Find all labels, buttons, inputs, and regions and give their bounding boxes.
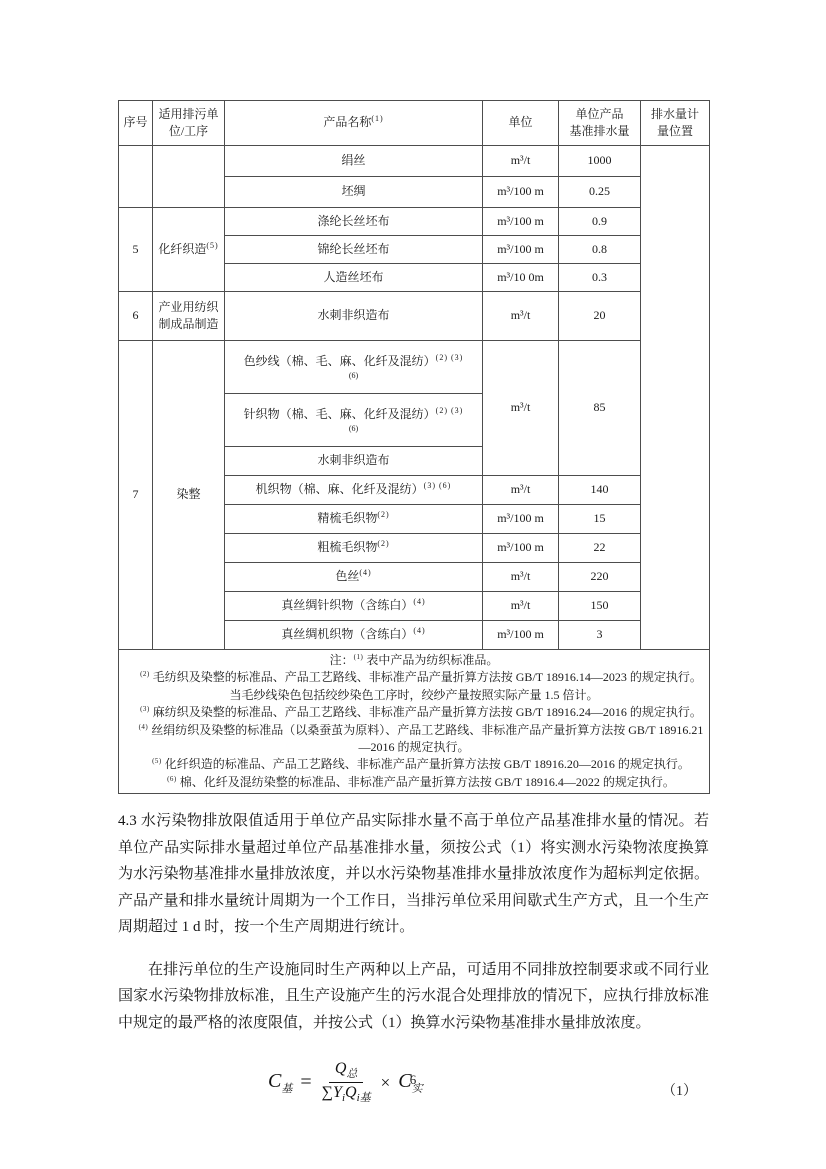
unit-cell: m³/t [483, 341, 559, 476]
unit-cell: m³/100 m [483, 236, 559, 264]
value-cell: 22 [559, 534, 641, 563]
value-cell: 0.3 [559, 264, 641, 292]
table-note: 注：(1) 表中产品为纺织标准品。 [122, 652, 706, 669]
product-cell: 精梳毛织物(2) [225, 505, 483, 534]
value-cell: 3 [559, 621, 641, 650]
header-baseline: 单位产品 基准排水量 [559, 101, 641, 146]
header-product: 产品名称(1) [225, 101, 483, 146]
paragraph-mixed-discharge: 在排污单位的生产设施同时生产两种以上产品，可适用不同排放控制要求或不同行业国家水… [118, 957, 709, 1037]
table-header-row: 序号 适用排污单 位/工序 产品名称(1) 单位 单位产品 基准排水量 排水量计 [119, 101, 710, 146]
value-cell: 85 [559, 341, 641, 476]
value-cell: 140 [559, 476, 641, 505]
product-cell: 色丝(4) [225, 563, 483, 592]
value-cell: 0.9 [559, 208, 641, 236]
seq-cell-6: 6 [119, 292, 153, 341]
unit-process-cell-continued [153, 146, 225, 208]
value-cell: 0.8 [559, 236, 641, 264]
table-note: (5) 化纤织造的标准品、产品工艺路线、非标准产品产量折算方法按 GB/T 18… [122, 756, 706, 773]
value-cell: 220 [559, 563, 641, 592]
product-cell: 真丝绸机织物（含练白）(4) [225, 621, 483, 650]
table-note: (4) 丝绢纺织及染整的标准品（以桑蚕茧为原料）、产品工艺路线、非标准产品产量折… [122, 722, 706, 757]
unit-cell: m³/t [483, 476, 559, 505]
product-cell: 色纱线（棉、毛、麻、化纤及混纺）(2) (3)(6) [225, 341, 483, 394]
table-notes: 注：(1) 表中产品为纺织标准品。 (2) 毛纺织及染整的标准品、产品工艺路线、… [119, 650, 710, 794]
unit-cell: m³/t [483, 292, 559, 341]
product-cell: 坯绸 [225, 177, 483, 208]
product-cell: 绢丝 [225, 146, 483, 177]
product-cell: 针织物（棉、毛、麻、化纤及混纺）(2) (3)(6) [225, 394, 483, 447]
product-cell: 水刺非织造布 [225, 447, 483, 476]
product-cell: 真丝绸针织物（含练白）(4) [225, 592, 483, 621]
header-unit-process: 适用排污单 位/工序 [153, 101, 225, 146]
page-content: 序号 适用排污单 位/工序 产品名称(1) 单位 单位产品 基准排水量 排水量计 [118, 100, 709, 1116]
unit-cell: m³/t [483, 146, 559, 177]
unit-process-cell-6: 产业用纺织制成品制造 [153, 292, 225, 341]
unit-cell: m³/100 m [483, 621, 559, 650]
table-notes-row: 注：(1) 表中产品为纺织标准品。 (2) 毛纺织及染整的标准品、产品工艺路线、… [119, 650, 710, 794]
product-cell: 人造丝坯布 [225, 264, 483, 292]
header-product-footnote: (1) [371, 114, 383, 123]
location-cell [641, 146, 710, 650]
emission-limit-table: 序号 适用排污单 位/工序 产品名称(1) 单位 单位产品 基准排水量 排水量计 [118, 100, 710, 794]
table-note: (3) 麻纺织及染整的标准品、产品工艺路线、非标准产品产量折算方法按 GB/T … [122, 704, 706, 721]
unit-cell: m³/t [483, 563, 559, 592]
product-cell: 水刺非织造布 [225, 292, 483, 341]
value-cell: 15 [559, 505, 641, 534]
table-row: 7 染整 色纱线（棉、毛、麻、化纤及混纺）(2) (3)(6) m³/t 85 [119, 341, 710, 394]
unit-cell: m³/100 m [483, 208, 559, 236]
table-row: 5 化纤织造(5) 涤纶长丝坯布 m³/100 m 0.9 [119, 208, 710, 236]
product-cell: 涤纶长丝坯布 [225, 208, 483, 236]
unit-cell: m³/100 m [483, 505, 559, 534]
seq-cell-continued [119, 146, 153, 208]
seq-cell-5: 5 [119, 208, 153, 292]
table-row: 绢丝 m³/t 1000 [119, 146, 710, 177]
table-note: (2) 毛纺织及染整的标准品、产品工艺路线、非标准产品产量折算方法按 GB/T … [122, 669, 706, 704]
value-cell: 20 [559, 292, 641, 341]
page-number: 6 [0, 1072, 826, 1088]
value-cell: 1000 [559, 146, 641, 177]
table-row: 6 产业用纺织制成品制造 水刺非织造布 m³/t 20 [119, 292, 710, 341]
unit-cell: m³/10 0m [483, 264, 559, 292]
header-seq: 序号 [119, 101, 153, 146]
seq-cell-7: 7 [119, 341, 153, 650]
product-cell: 锦纶长丝坯布 [225, 236, 483, 264]
unit-process-cell-7: 染整 [153, 341, 225, 650]
paragraph-4-3: 4.3 水污染物排放限值适用于单位产品实际排水量不高于单位产品基准排水量的情况。… [118, 808, 709, 941]
value-cell: 0.25 [559, 177, 641, 208]
table-note: (6) 棉、化纤及混纺染整的标准品、非标准产品产量折算方法按 GB/T 1891… [122, 774, 706, 791]
unit-cell: m³/100 m [483, 534, 559, 563]
unit-cell: m³/100 m [483, 177, 559, 208]
header-unit: 单位 [483, 101, 559, 146]
product-cell: 粗梳毛织物(2) [225, 534, 483, 563]
unit-cell: m³/t [483, 592, 559, 621]
document-page: 序号 适用排污单 位/工序 产品名称(1) 单位 单位产品 基准排水量 排水量计 [0, 0, 826, 1169]
header-location: 排水量计 量位置 [641, 101, 710, 146]
unit-process-cell-5: 化纤织造(5) [153, 208, 225, 292]
value-cell: 150 [559, 592, 641, 621]
product-cell: 机织物（棉、麻、化纤及混纺）(3) (6) [225, 476, 483, 505]
